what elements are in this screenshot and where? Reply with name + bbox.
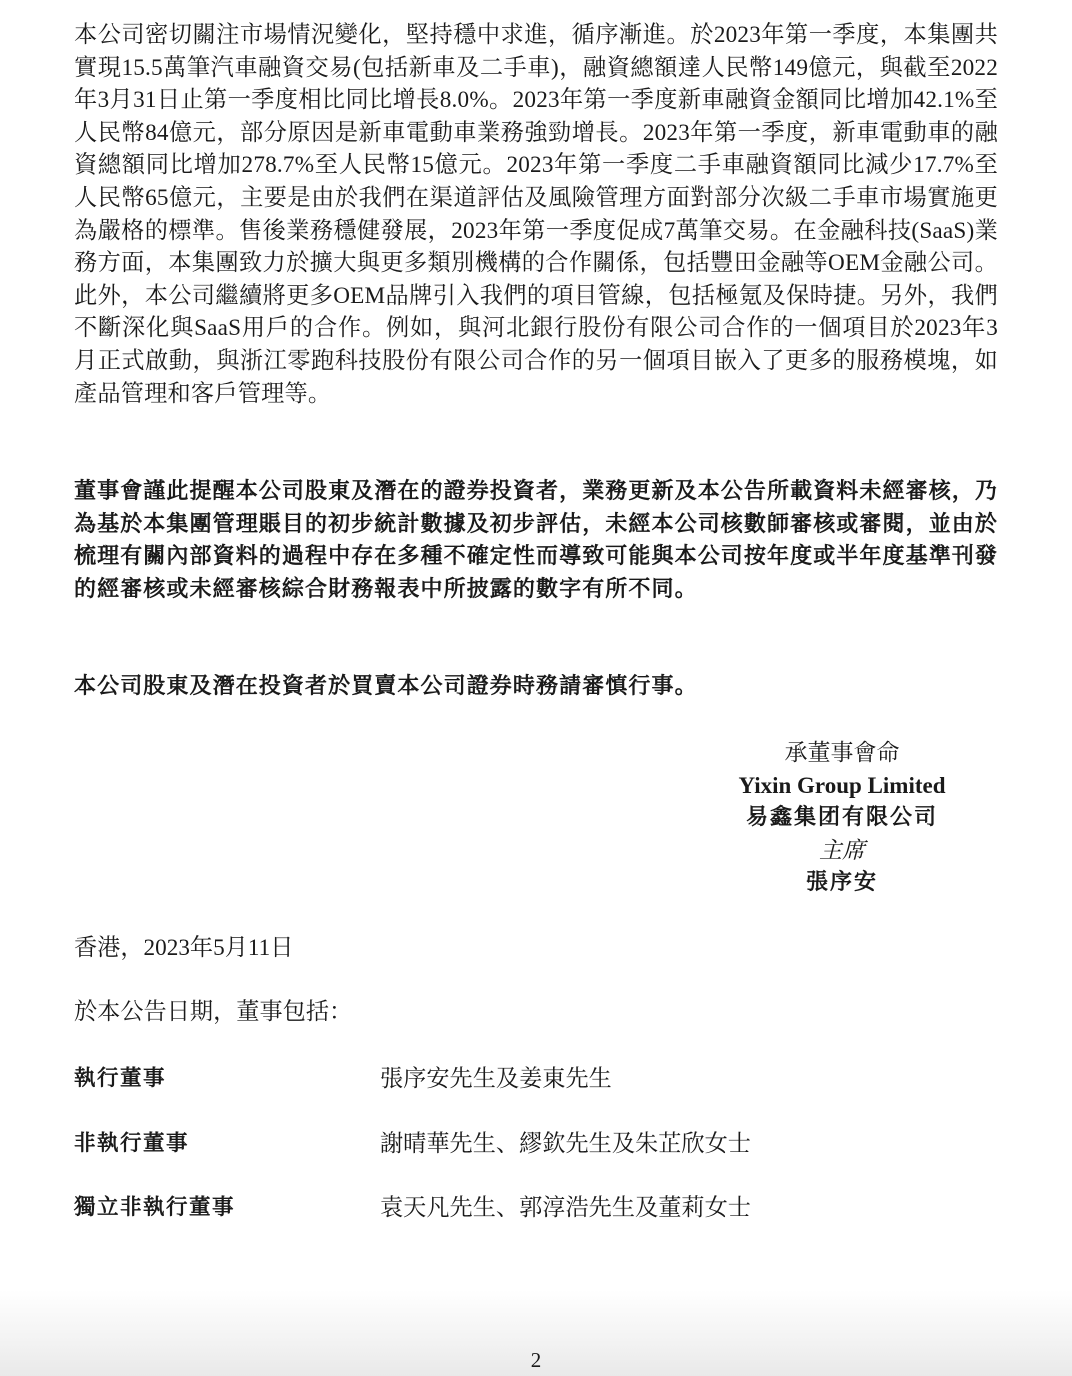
page-number: 2 bbox=[0, 1348, 1072, 1373]
director-row-non-executive: 非執行董事 謝晴華先生、繆欽先生及朱芷欣女士 bbox=[74, 1127, 974, 1161]
director-category: 獨立非執行董事 bbox=[74, 1191, 235, 1225]
signatory-name: 張序安 bbox=[700, 867, 984, 900]
director-category: 非執行董事 bbox=[74, 1127, 189, 1161]
date-line: 香港，2023年5月11日 bbox=[74, 932, 293, 964]
director-names: 謝晴華先生、繆欽先生及朱芷欣女士 bbox=[380, 1127, 751, 1161]
director-row-executive: 執行董事 張序安先生及姜東先生 bbox=[74, 1062, 974, 1096]
signature-block: 承董事會命 Yixin Group Limited 易鑫集团有限公司 主席 張序… bbox=[700, 737, 984, 900]
director-row-independent: 獨立非執行董事 袁天凡先生、郭淳浩先生及董莉女士 bbox=[74, 1191, 974, 1225]
company-name-en: Yixin Group Limited bbox=[700, 770, 984, 803]
director-category: 執行董事 bbox=[74, 1062, 166, 1096]
business-update-paragraph: 本公司密切關注市場情況變化，堅持穩中求進，循序漸進。於2023年第一季度，本集團… bbox=[74, 19, 998, 410]
document-page: 本公司密切關注市場情況變化，堅持穩中求進，循序漸進。於2023年第一季度，本集團… bbox=[0, 0, 1072, 1376]
company-name-cn: 易鑫集团有限公司 bbox=[700, 802, 984, 835]
signatory-title: 主席 bbox=[700, 835, 984, 868]
director-names: 張序安先生及姜東先生 bbox=[380, 1062, 612, 1096]
directors-intro: 於本公告日期，董事包括： bbox=[74, 996, 352, 1028]
director-names: 袁天凡先生、郭淳浩先生及董莉女士 bbox=[380, 1191, 751, 1225]
board-order-line: 承董事會命 bbox=[700, 737, 984, 770]
caution-statement: 本公司股東及潛在投資者於買賣本公司證券時務請審慎行事。 bbox=[74, 671, 998, 704]
board-reminder-paragraph: 董事會謹此提醒本公司股東及潛在的證券投資者，業務更新及本公告所載資料未經審核，乃… bbox=[74, 476, 998, 606]
